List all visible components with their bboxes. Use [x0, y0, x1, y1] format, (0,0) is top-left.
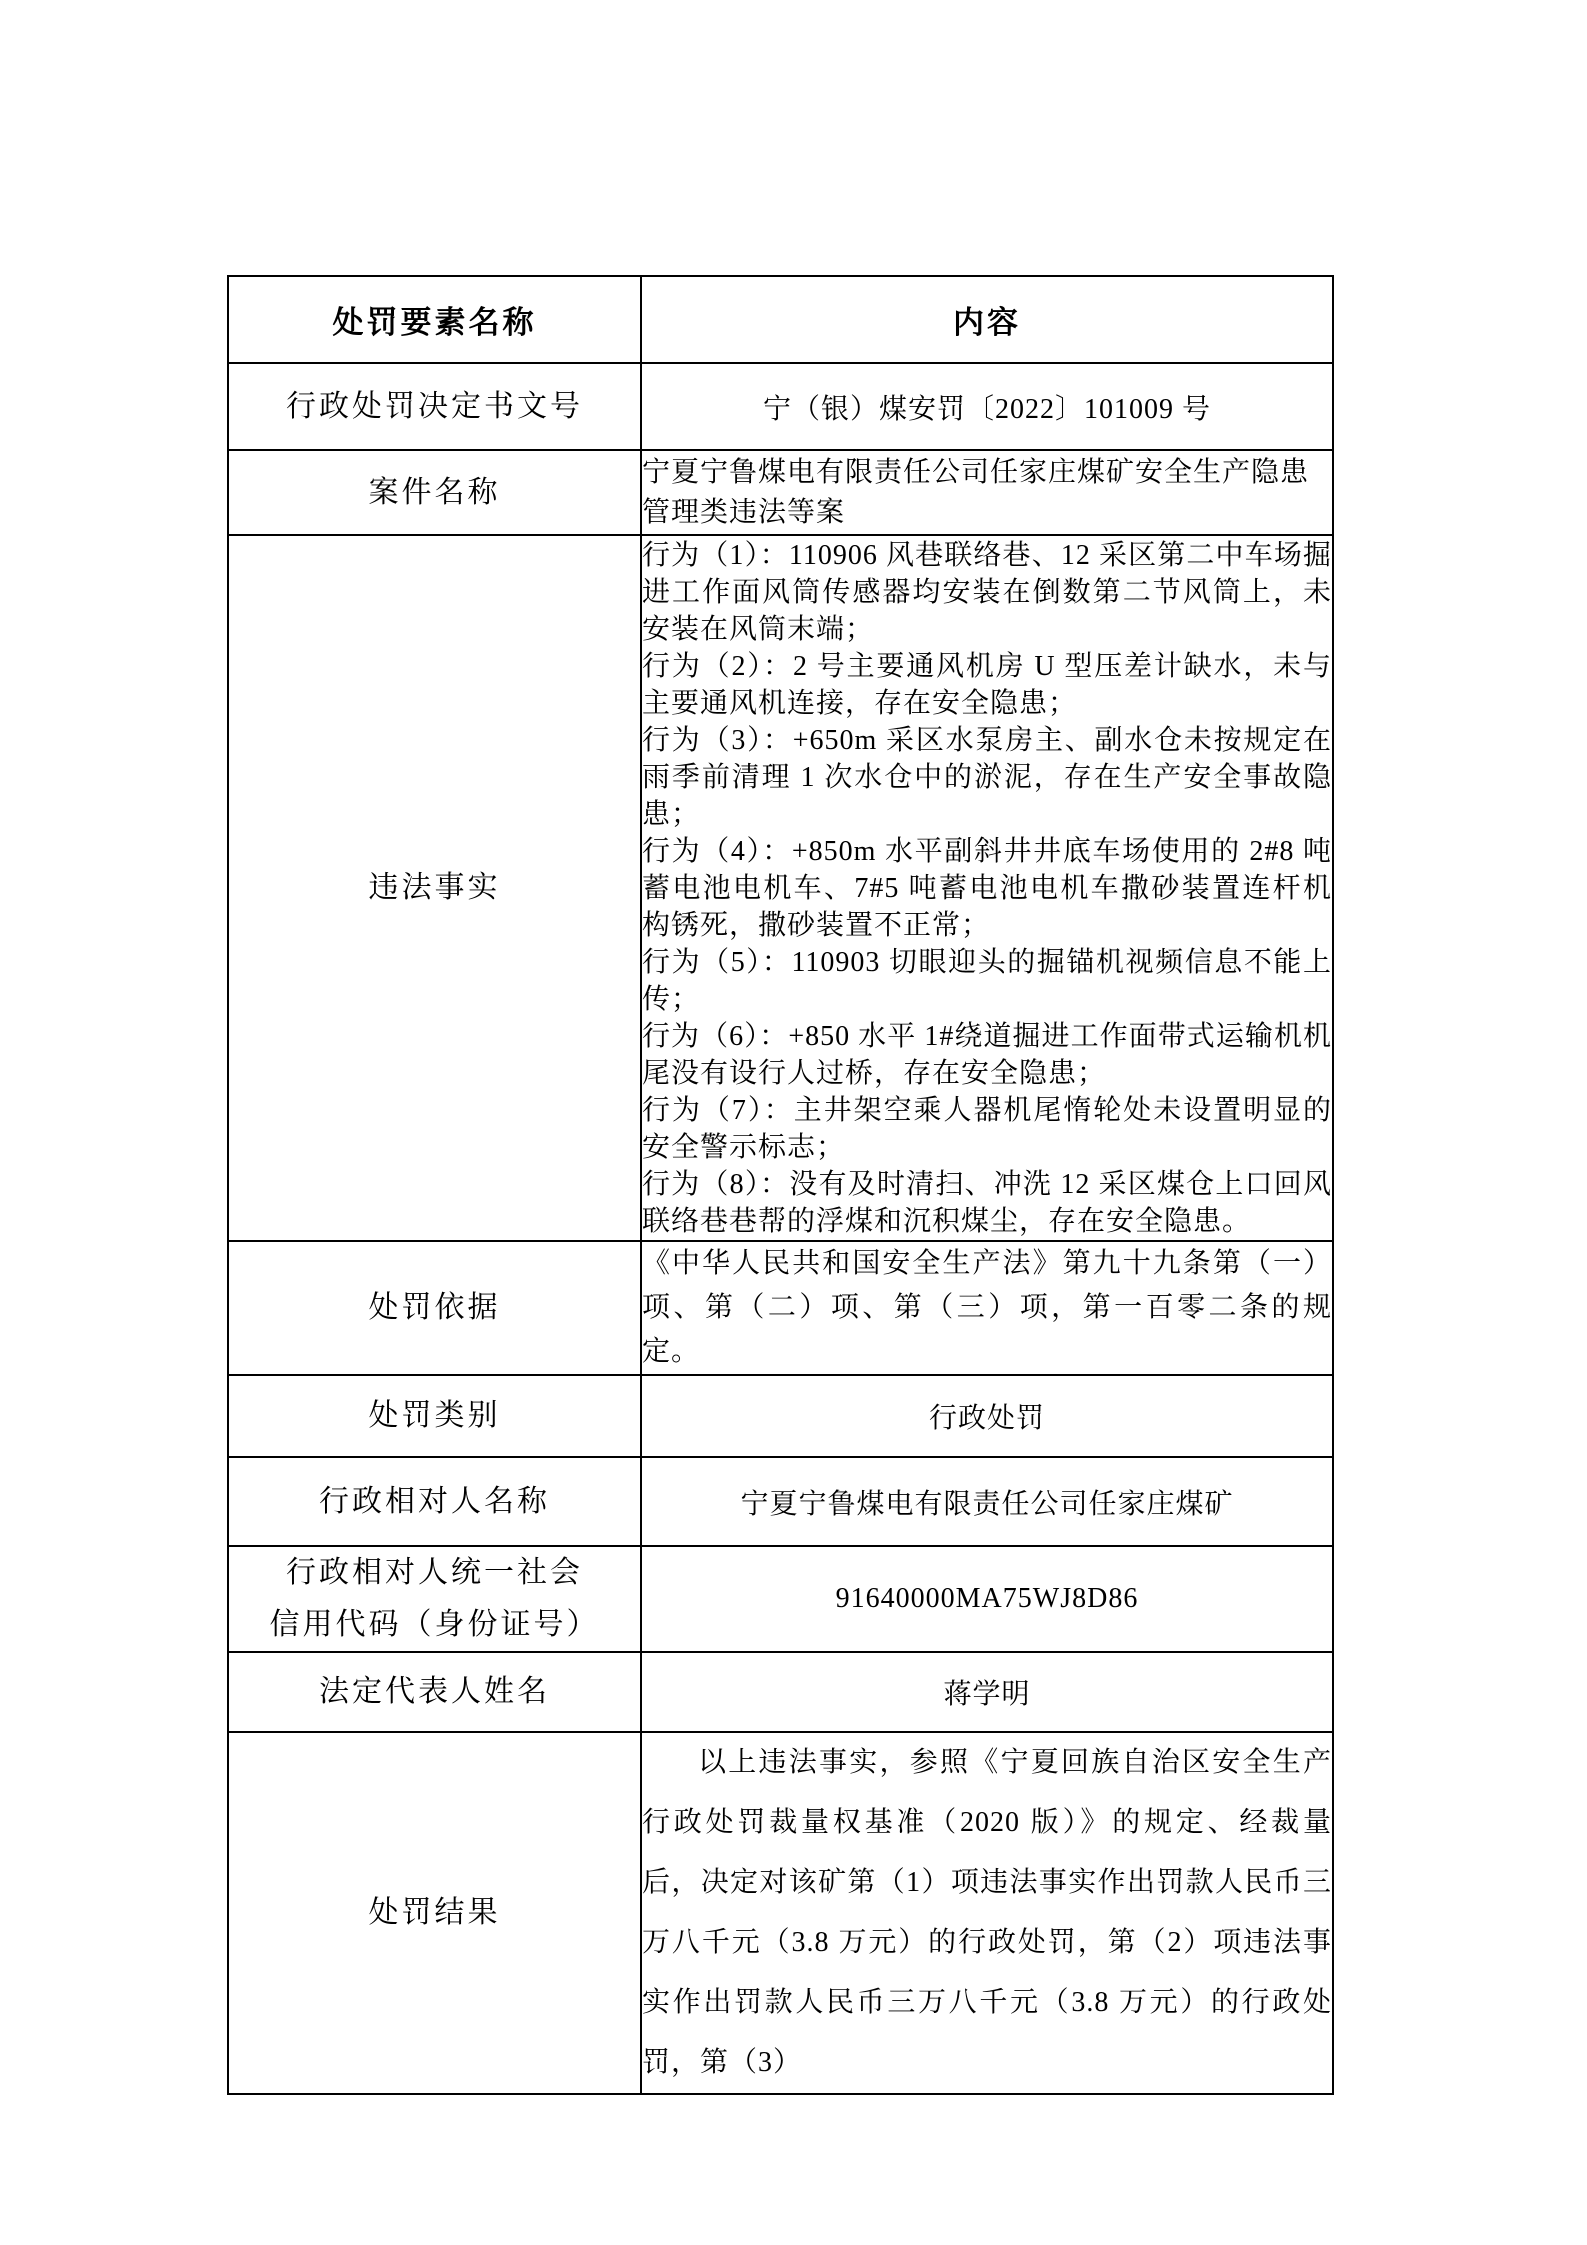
- table-row-party-name: 行政相对人名称宁夏宁鲁煤电有限责任公司任家庄煤矿: [228, 1457, 1333, 1546]
- content-party-name: 宁夏宁鲁煤电有限责任公司任家庄煤矿: [641, 1457, 1333, 1546]
- table-row-penalty-result: 处罚结果以上违法事实，参照《宁夏回族自治区安全生产行政处罚裁量权基准（2020 …: [228, 1732, 1333, 2094]
- label-case-name: 案件名称: [228, 450, 641, 535]
- result-paragraph: 以上违法事实，参照《宁夏回族自治区安全生产行政处罚裁量权基准（2020 版）》的…: [642, 1733, 1332, 2093]
- fact-line: 行为（4）：+850m 水平副斜井井底车场使用的 2#8 吨蓄电池电机车、7#5…: [642, 833, 1332, 944]
- fact-line: 行为（1）：110906 风巷联络巷、12 采区第二中车场掘进工作面风筒传感器均…: [642, 537, 1332, 648]
- label-party-name: 行政相对人名称: [228, 1457, 641, 1546]
- label-credit-code-line: 信用代码（身份证号）: [229, 1599, 640, 1651]
- penalty-info-table: 处罚要素名称 内容 行政处罚决定书文号宁（银）煤安罚〔2022〕101009 号…: [227, 275, 1334, 2095]
- label-penalty-result: 处罚结果: [228, 1732, 641, 2094]
- fact-line: 行为（8）：没有及时清扫、冲洗 12 采区煤仓上口回风联络巷巷帮的浮煤和沉积煤尘…: [642, 1166, 1332, 1240]
- fact-line: 行为（5）：110903 切眼迎头的掘锚机视频信息不能上传；: [642, 944, 1332, 1018]
- table-header-row: 处罚要素名称 内容: [228, 276, 1333, 363]
- header-col-element-name: 处罚要素名称: [228, 276, 641, 363]
- document-page: { "page": { "background": "#ffffff", "bo…: [0, 0, 1587, 2245]
- table-row-credit-code: 行政相对人统一社会信用代码（身份证号）91640000MA75WJ8D86: [228, 1546, 1333, 1652]
- content-decision-number: 宁（银）煤安罚〔2022〕101009 号: [641, 363, 1333, 450]
- label-credit-code-line: 行政相对人统一社会: [229, 1547, 640, 1599]
- label-penalty-category: 处罚类别: [228, 1375, 641, 1457]
- fact-line: 行为（3）：+650m 采区水泵房主、副水仓未按规定在雨季前清理 1 次水仓中的…: [642, 722, 1332, 833]
- content-violation-facts: 行为（1）：110906 风巷联络巷、12 采区第二中车场掘进工作面风筒传感器均…: [641, 535, 1333, 1241]
- fact-line: 行为（7）：主井架空乘人器机尾惰轮处未设置明显的安全警示标志；: [642, 1092, 1332, 1166]
- label-penalty-basis: 处罚依据: [228, 1241, 641, 1375]
- table-row-penalty-category: 处罚类别行政处罚: [228, 1375, 1333, 1457]
- fact-line: 行为（2）：2 号主要通风机房 U 型压差计缺水，未与主要通风机连接，存在安全隐…: [642, 648, 1332, 722]
- label-decision-number: 行政处罚决定书文号: [228, 363, 641, 450]
- content-penalty-result: 以上违法事实，参照《宁夏回族自治区安全生产行政处罚裁量权基准（2020 版）》的…: [641, 1732, 1333, 2094]
- table-row-violation-facts: 违法事实行为（1）：110906 风巷联络巷、12 采区第二中车场掘进工作面风筒…: [228, 535, 1333, 1241]
- label-legal-representative: 法定代表人姓名: [228, 1652, 641, 1732]
- content-penalty-basis: 《中华人民共和国安全生产法》第九十九条第（一）项、第（二）项、第（三）项，第一百…: [641, 1241, 1333, 1375]
- content-credit-code: 91640000MA75WJ8D86: [641, 1546, 1333, 1652]
- label-credit-code: 行政相对人统一社会信用代码（身份证号）: [228, 1546, 641, 1652]
- content-penalty-category: 行政处罚: [641, 1375, 1333, 1457]
- header-col-content: 内容: [641, 276, 1333, 363]
- table-row-legal-representative: 法定代表人姓名蒋学明: [228, 1652, 1333, 1732]
- label-violation-facts: 违法事实: [228, 535, 641, 1241]
- fact-line: 行为（6）：+850 水平 1#绕道掘进工作面带式运输机机尾没有设行人过桥，存在…: [642, 1018, 1332, 1092]
- content-case-name: 宁夏宁鲁煤电有限责任公司任家庄煤矿安全生产隐患管理类违法等案: [641, 450, 1333, 535]
- table-row-case-name: 案件名称宁夏宁鲁煤电有限责任公司任家庄煤矿安全生产隐患管理类违法等案: [228, 450, 1333, 535]
- table-row-decision-number: 行政处罚决定书文号宁（银）煤安罚〔2022〕101009 号: [228, 363, 1333, 450]
- content-legal-representative: 蒋学明: [641, 1652, 1333, 1732]
- table-row-penalty-basis: 处罚依据《中华人民共和国安全生产法》第九十九条第（一）项、第（二）项、第（三）项…: [228, 1241, 1333, 1375]
